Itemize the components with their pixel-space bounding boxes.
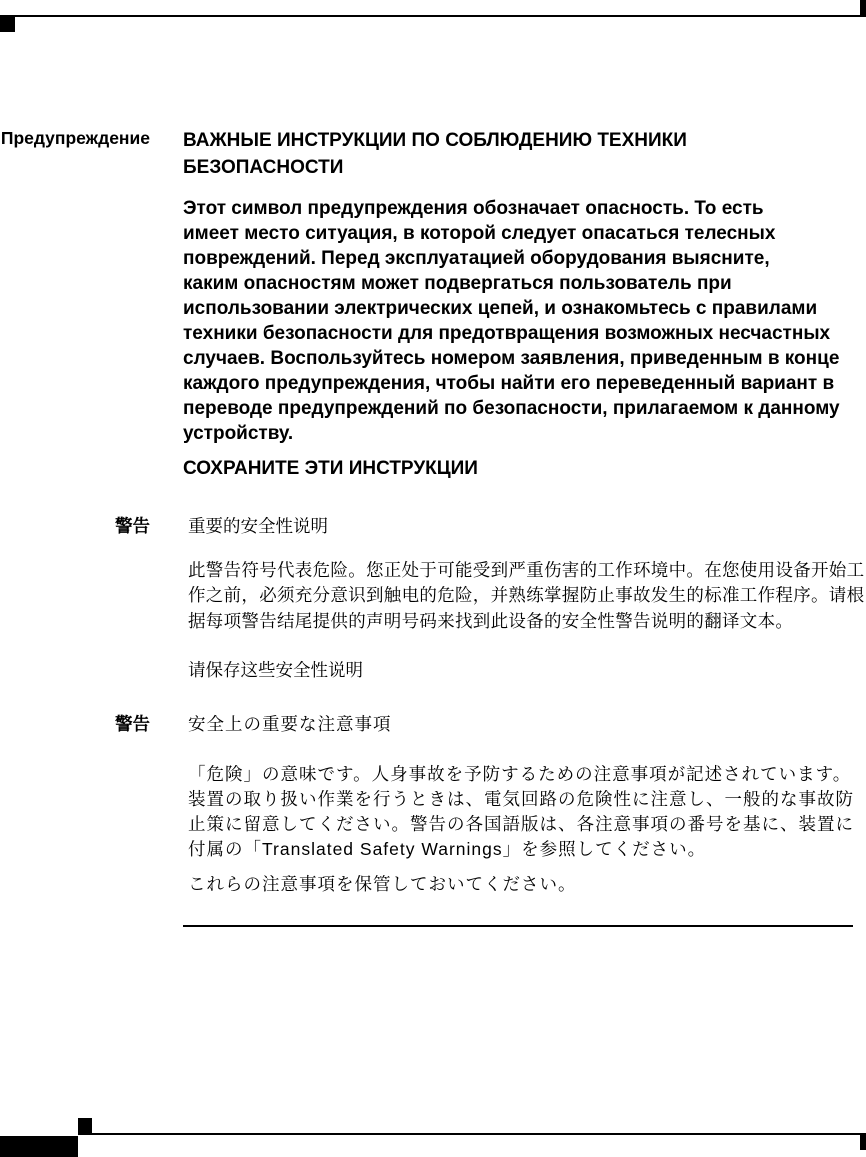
warning-body-japanese: 「危険」の意味です。人身事故を予防するための注意事項が記述されています。 装置の… — [188, 762, 860, 862]
warning-label-chinese: 警告 — [0, 514, 150, 539]
top-right-corner-mark — [860, 0, 866, 17]
document-page: Предупреждение ВАЖНЫЕ ИНСТРУКЦИИ ПО СОБЛ… — [0, 0, 866, 1157]
warning-title-russian: ВАЖНЫЕ ИНСТРУКЦИИ ПО СОБЛЮДЕНИЮ ТЕХНИКИ … — [183, 127, 863, 181]
page-bottom-rule — [78, 1133, 866, 1135]
warning-closing-chinese: 请保存这些安全性说明 — [188, 658, 858, 683]
warning-label-japanese: 警告 — [0, 712, 150, 737]
warning-closing-russian: СОХРАНИТЕ ЭТИ ИНСТРУКЦИИ — [183, 456, 863, 481]
footer-square-mark — [78, 1118, 92, 1133]
bottom-right-corner-mark — [860, 1133, 866, 1150]
warning-body-chinese: 此警告符号代表危险。您正处于可能受到严重伤害的工作环境中。在您使用设备开始工 作… — [188, 558, 860, 634]
warning-title-chinese: 重要的安全性说明 — [188, 514, 858, 539]
section-divider-rule — [183, 925, 853, 927]
warning-label-russian: Предупреждение — [0, 126, 150, 151]
warning-title-japanese: 安全上の重要な注意事項 — [188, 712, 858, 737]
page-top-rule — [0, 15, 866, 17]
warning-closing-japanese: これらの注意事項を保管しておいてください。 — [188, 872, 858, 897]
top-left-corner-mark — [0, 17, 15, 32]
footer-page-number-bar — [0, 1136, 78, 1157]
warning-body-russian: Этот символ предупреждения обозначает оп… — [183, 196, 863, 446]
